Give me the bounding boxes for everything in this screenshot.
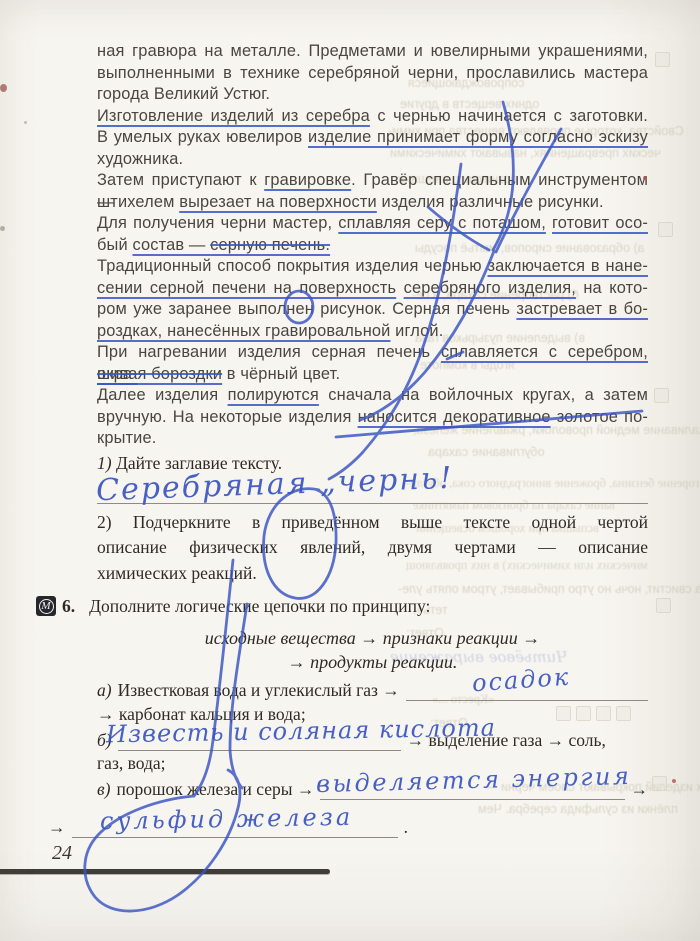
- task-6-header: М6.Дополните логические цепочки по принц…: [36, 596, 648, 617]
- body-line: выполненными в технике серебряной черни,…: [97, 63, 648, 85]
- task-6-number: 6.: [62, 596, 75, 616]
- pen-underlined-text: Изготовление изделий из серебра: [97, 107, 370, 125]
- body-paragraphs: ная гравюра на металле. Предметами и юве…: [97, 41, 648, 450]
- showthrough-box-mark: [596, 706, 611, 721]
- showthrough-box-mark: [576, 706, 591, 721]
- body-line: Затем приступают к гравировке. Гравёр сп…: [97, 170, 648, 192]
- showthrough-box-mark: [655, 52, 670, 67]
- body-text: ром уже заранее выполнен рисунок. Серная…: [97, 300, 516, 318]
- body-line: города Великий Устюг.: [97, 84, 648, 106]
- item-c-arrow: →: [631, 779, 649, 800]
- body-text: художника.: [97, 150, 183, 168]
- pen-underlined-text: сплавляя серу с поташом,: [338, 214, 546, 232]
- page-number: 24: [52, 842, 72, 865]
- item-a-label: а): [97, 680, 112, 701]
- body-line: Для получения черни мастер, сплавляя сер…: [97, 213, 648, 235]
- body-text: В умелых руках ювелиров: [97, 128, 308, 146]
- workbook-page-scan: сопровождающиесяодних веществ в другиеСв…: [0, 0, 700, 941]
- body-line: Традиционный способ покрытия изделия чер…: [97, 256, 648, 278]
- body-line: ром уже заранее выполнен рисунок. Серная…: [97, 299, 648, 321]
- scan-speck: [672, 779, 676, 783]
- showthrough-box-mark: [654, 388, 669, 403]
- body-line: вручную. На некоторые изделия наносится …: [97, 407, 648, 429]
- item-a-text: Известковая вода и углекислый газ →: [118, 680, 400, 701]
- pen-underlined-text: роздках, нанесённых гравировальной: [97, 322, 390, 340]
- item-b-line-2: газ, вода;: [97, 753, 166, 774]
- pen-underlined-text: шивая бороздки: [97, 365, 222, 383]
- task-6-text: Дополните логические цепочки по принципу…: [89, 596, 430, 616]
- body-line: художника.: [97, 149, 648, 171]
- body-text: города Великий Устюг.: [97, 85, 270, 103]
- scan-speck: [0, 84, 7, 92]
- showthrough-box-mark: [652, 776, 667, 791]
- pen-underlined-text: состав —: [132, 236, 210, 254]
- pen-underlined-text: серную печень.: [210, 236, 330, 254]
- body-text: штихелем: [97, 193, 179, 211]
- body-line: Далее изделия полируются сначала на войл…: [97, 385, 648, 407]
- pen-underlined-text: полируются: [228, 386, 319, 404]
- body-line: Изготовление изделий из серебра с чернью…: [97, 106, 648, 128]
- scan-speck: [24, 121, 27, 124]
- showthrough-box-mark: [658, 222, 673, 237]
- body-line: сении серной печени на поверхность сереб…: [97, 278, 648, 300]
- body-text: При нагревании изделия серная печень: [97, 343, 441, 361]
- pen-underlined-text: серебряного изделия,: [404, 279, 576, 297]
- body-line: При нагревании изделия серная печень спл…: [97, 342, 648, 364]
- body-text: ная гравюра на металле. Предметами и юве…: [97, 42, 648, 60]
- pen-underlined-text: вырезает на поверхности: [179, 193, 377, 211]
- body-text: иглой.: [390, 322, 443, 340]
- item-c-label: в): [97, 779, 110, 800]
- body-text: на кото-: [576, 279, 648, 297]
- pen-underlined-text: изделие принимает форму согласно эскизу: [308, 128, 648, 146]
- body-text: Далее изделия: [97, 386, 228, 404]
- body-line: крытие.: [97, 428, 648, 450]
- showthrough-box-mark: [656, 598, 671, 613]
- pen-underlined-text: заключается в нане-: [487, 257, 648, 275]
- pen-underlined-text: сении серной печени на поверхность: [97, 279, 396, 297]
- pen-underlined-text: готовит осо-: [552, 214, 648, 232]
- showthrough-box-mark: [556, 706, 571, 721]
- body-line: роздках, нанесённых гравировальной иглой…: [97, 321, 648, 343]
- body-text: бый: [97, 236, 132, 254]
- pen-underlined-text: гравировке: [264, 171, 351, 189]
- showthrough-text: плёнки из сульфида серебра. Чем: [478, 802, 678, 816]
- body-text: Для получения черни мастер,: [97, 214, 338, 232]
- showthrough-box-mark: [616, 706, 631, 721]
- body-line: ная гравюра на металле. Предметами и юве…: [97, 41, 648, 63]
- body-text: Затем приступают к: [97, 171, 264, 189]
- pen-underlined-text: сплавляется с серебром,: [441, 343, 648, 361]
- footer-rule: [0, 869, 330, 874]
- item-c-text: порошок железа и серы →: [116, 779, 314, 800]
- body-text: Традиционный способ покрытия изделия чер…: [97, 257, 487, 275]
- body-text: [396, 279, 403, 297]
- scan-speck: [643, 176, 647, 180]
- body-line: бый состав — серную печень.: [97, 235, 648, 257]
- pen-underlined-text: наносится декоративное: [358, 408, 551, 426]
- handwritten-answer-c2: сульфид железа: [100, 803, 354, 835]
- body-line: В умелых руках ювелиров изделие принимае…: [97, 127, 648, 149]
- task-2-line: 2) Подчеркните в приведённом выше тексте…: [97, 510, 648, 535]
- body-text: вручную. На некоторые изделия: [97, 408, 358, 426]
- scan-speck: [0, 226, 5, 231]
- task-2-line: химических реакций.: [97, 561, 648, 586]
- pen-underlined-text: застревает в бо-: [516, 300, 648, 318]
- body-text: в чёрный цвет.: [222, 365, 340, 383]
- body-text: изделия различные рисунки.: [377, 193, 604, 211]
- body-text: выполненными в технике серебряной черни,…: [97, 64, 648, 82]
- methodology-badge-icon: М: [36, 596, 56, 616]
- task-2: 2) Подчеркните в приведённом выше тексте…: [97, 510, 648, 586]
- body-line: шивая бороздки в чёрный цвет.: [97, 364, 648, 386]
- body-text: золотое по-: [551, 408, 648, 426]
- body-text: с чернью начинается с заготовки.: [370, 107, 648, 125]
- task-2-line: описание физических явлений, двумя черта…: [97, 535, 648, 560]
- body-line: штихелем вырезает на поверхности изделия…: [97, 192, 648, 214]
- body-text: крытие.: [97, 429, 156, 447]
- body-text: сначала на войлочных кругах, а затем: [319, 386, 648, 404]
- chain-line-1: исходные вещества → признаки реакции →: [97, 627, 648, 651]
